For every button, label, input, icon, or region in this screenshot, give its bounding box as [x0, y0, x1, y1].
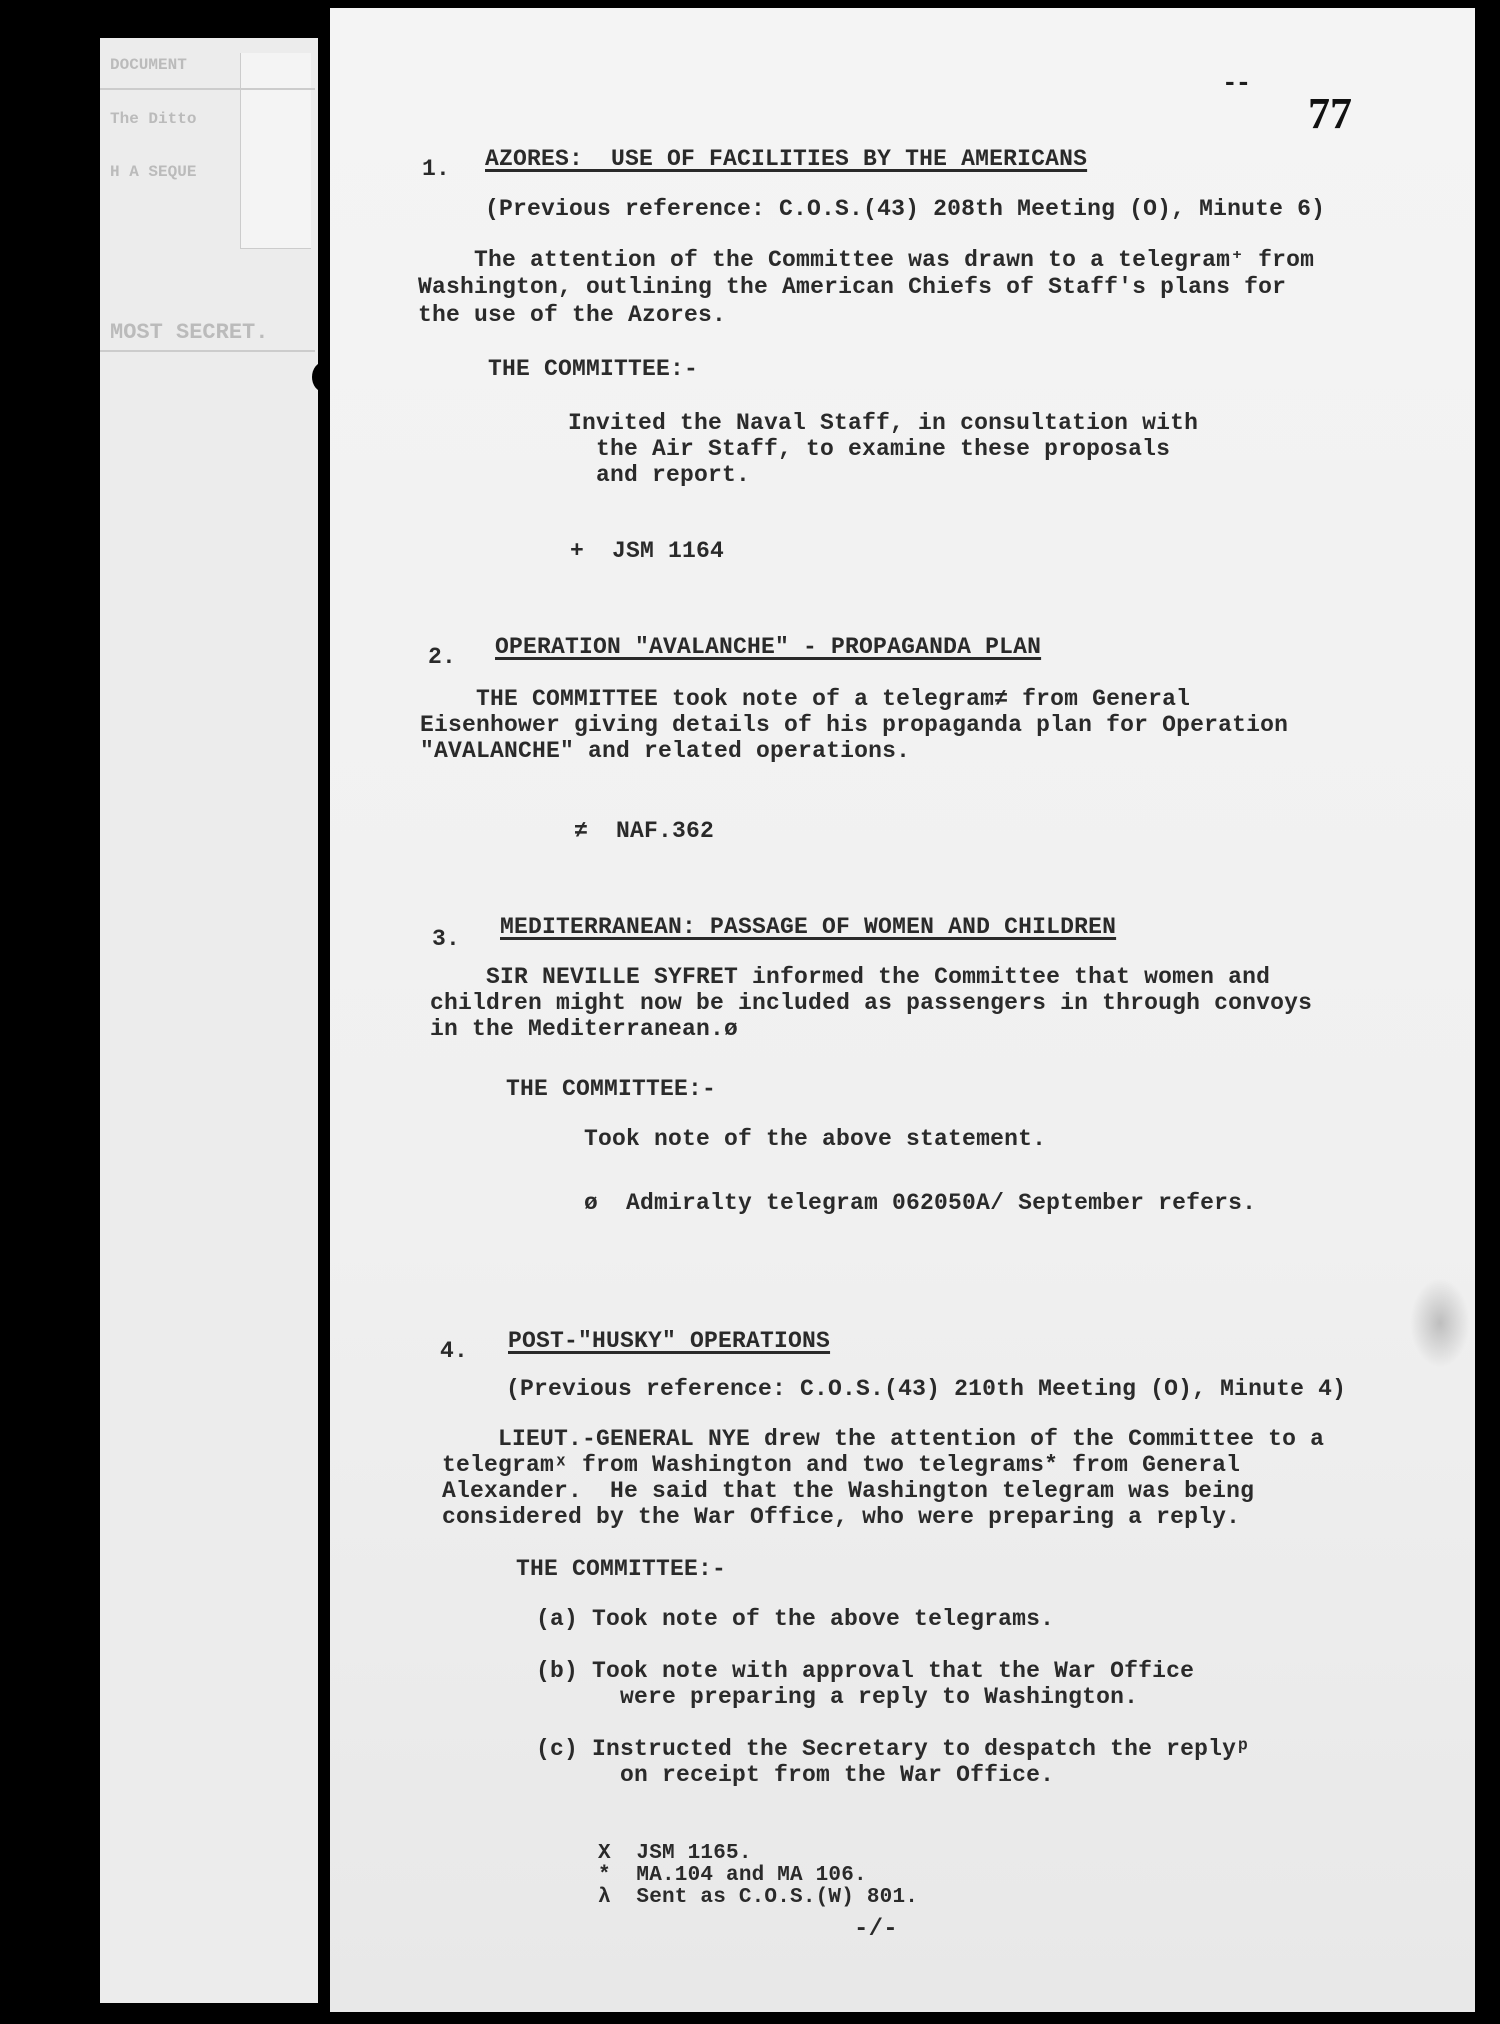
committee-label: THE COMMITTEE:- [488, 356, 698, 382]
item-number: 1. [422, 156, 450, 182]
item-number: 4. [440, 1338, 468, 1364]
faded-label: MOST SECRET. [110, 320, 268, 345]
body-line: children might now be included as passen… [430, 990, 1312, 1016]
decision-line: (c) Instructed the Secretary to despatch… [536, 1736, 1250, 1762]
decision-line: Invited the Naval Staff, in consultation… [568, 410, 1198, 436]
item-heading: POST-"HUSKY" OPERATIONS [508, 1328, 830, 1354]
decision-line: (a) Took note of the above telegrams. [536, 1606, 1054, 1632]
item-heading: AZORES: USE OF FACILITIES BY THE AMERICA… [485, 146, 1087, 172]
footnote: λ Sent as C.O.S.(W) 801. [598, 1886, 918, 1909]
body-line: Washington, outlining the American Chief… [418, 274, 1286, 300]
item-number: 3. [432, 926, 460, 952]
body-line: telegramˣ from Washington and two telegr… [442, 1452, 1240, 1478]
body-line: Alexander. He said that the Washington t… [442, 1478, 1254, 1504]
decision-line: on receipt from the War Office. [536, 1762, 1054, 1788]
faded-label: The Ditto [110, 110, 196, 128]
decision-line: Took note of the above statement. [584, 1126, 1046, 1152]
footnote: + JSM 1164 [570, 538, 724, 564]
footnote: ø Admiralty telegram 062050A/ September … [584, 1190, 1256, 1216]
page-number: 77 [1308, 88, 1352, 139]
body-line: Eisenhower giving details of his propaga… [420, 712, 1288, 738]
page-tab [240, 53, 311, 249]
decision-line: and report. [568, 462, 750, 488]
footnote: X JSM 1165. [598, 1842, 752, 1865]
body-line: "AVALANCHE" and related operations. [420, 738, 910, 764]
committee-label: THE COMMITTEE:- [506, 1076, 716, 1102]
footnote: * MA.104 and MA 106. [598, 1864, 867, 1887]
committee-label: THE COMMITTEE:- [516, 1556, 726, 1582]
body-line: The attention of the Committee was drawn… [418, 246, 1314, 273]
body-line: LIEUT.-GENERAL NYE drew the attention of… [442, 1426, 1324, 1452]
item-heading: OPERATION "AVALANCHE" - PROPAGANDA PLAN [495, 634, 1041, 660]
footnote: ≠ NAF.362 [574, 818, 714, 844]
body-line: in the Mediterranean.ø [430, 1016, 738, 1042]
body-line: THE COMMITTEE took note of a telegram≠ f… [420, 686, 1190, 712]
underlying-page: DOCUMENT The Ditto H A SEQUE MOST SECRET… [100, 38, 325, 2003]
previous-reference: (Previous reference: C.O.S.(43) 208th Me… [485, 196, 1325, 222]
faded-label: DOCUMENT [110, 56, 187, 74]
faded-label: H A SEQUE [110, 163, 196, 181]
page-mark: -- [1222, 68, 1249, 98]
body-line: SIR NEVILLE SYFRET informed the Committe… [430, 964, 1270, 990]
paper-stain [1410, 1278, 1470, 1368]
previous-reference: (Previous reference: C.O.S.(43) 210th Me… [506, 1376, 1346, 1402]
document-page: -- 77 1. AZORES: USE OF FACILITIES BY TH… [330, 8, 1475, 2012]
page-footer: -/- [854, 1916, 898, 1943]
body-line: considered by the War Office, who were p… [442, 1504, 1240, 1530]
item-number: 2. [428, 644, 456, 670]
item-heading: MEDITERRANEAN: PASSAGE OF WOMEN AND CHIL… [500, 914, 1116, 940]
decision-line: the Air Staff, to examine these proposal… [568, 436, 1170, 462]
divider [100, 88, 315, 90]
decision-line: were preparing a reply to Washington. [536, 1684, 1138, 1710]
body-line: the use of the Azores. [418, 302, 726, 328]
decision-line: (b) Took note with approval that the War… [536, 1658, 1194, 1684]
divider [100, 350, 315, 352]
